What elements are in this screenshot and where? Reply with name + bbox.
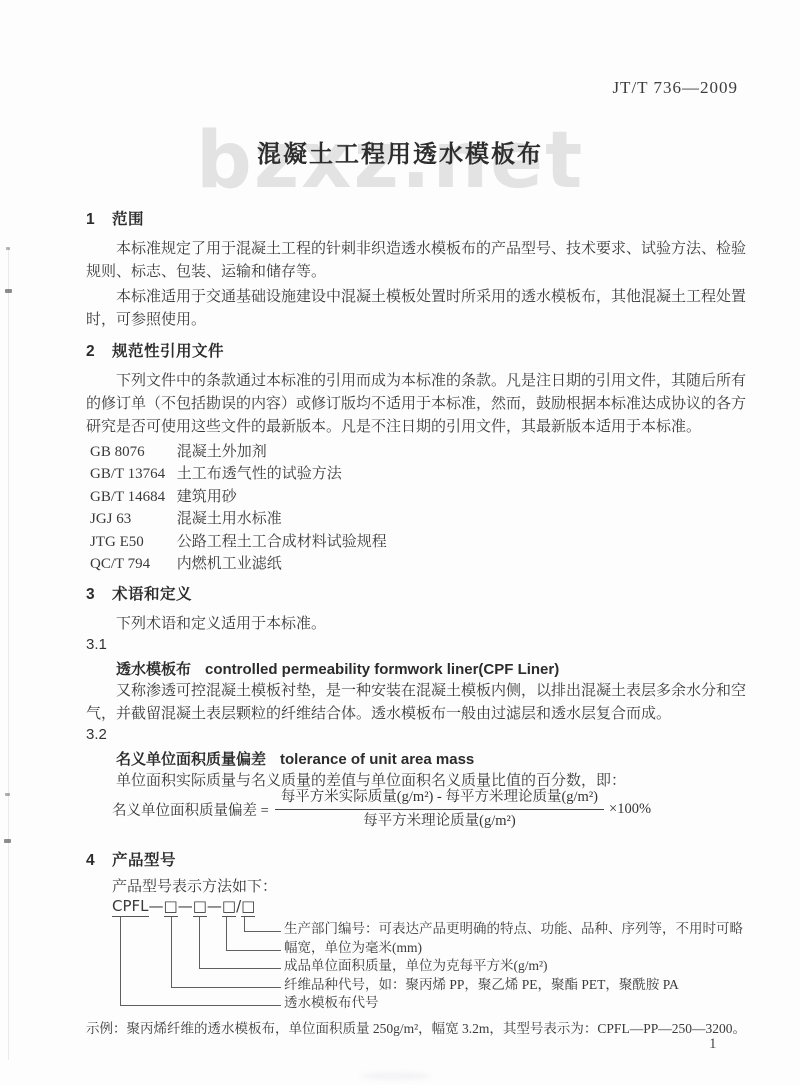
section1-heading: 1范围: [86, 207, 144, 229]
reference-row: JGJ 63 混凝土用水标准: [90, 508, 387, 530]
section3-number: 3: [86, 586, 112, 604]
reference-code: GB/T 14684: [90, 486, 173, 508]
section4-intro: 产品型号表示方法如下：: [112, 876, 732, 899]
section1-heading-text: 范围: [112, 211, 144, 228]
section3-intro: 下列术语和定义适用于本标准。: [116, 613, 736, 636]
formula-lhs: 名义单位面积质量偏差 =: [112, 799, 269, 820]
callout-fiber-code: 纤维品种代号，如：聚丙烯 PP，聚乙烯 PE，聚酯 PET，聚酰胺 PA: [284, 976, 679, 994]
reference-title: 建筑用砂: [177, 489, 237, 505]
reference-title: 土工布透气性的试验方法: [177, 466, 342, 482]
term1-english: controlled permeability formwork liner(C…: [205, 661, 559, 678]
scan-artifact-speck: [5, 289, 12, 293]
section3-heading-text: 术语和定义: [112, 586, 192, 603]
reference-code: GB/T 13764: [90, 463, 173, 485]
section2-number: 2: [86, 343, 112, 361]
reference-code: GB 8076: [90, 441, 173, 463]
page-number: 1: [709, 1036, 717, 1053]
callout-liner-code: 透水模板布代号: [284, 994, 379, 1012]
section4-heading: 4产品型号: [86, 848, 176, 870]
reference-title: 混凝土用水标准: [177, 511, 282, 527]
section1-paragraph-1: 本标准规定了用于混凝土工程的针刺非织造透水模板布的产品型号、技术要求、试验方法、…: [86, 238, 746, 284]
document-title: 混凝土工程用透水模板布: [0, 134, 800, 169]
reference-code: JTG E50: [90, 531, 173, 553]
section1-paragraph-2: 本标准适用于交通基础设施建设中混凝土模板处置时所采用的透水模板布，其他混凝土工程…: [86, 286, 746, 332]
model-box-width: □: [222, 897, 236, 917]
standard-code: JT/T 736—2009: [612, 78, 738, 98]
scan-artifact-speck: [4, 839, 11, 843]
term1-number: 3.1: [86, 636, 107, 653]
section4-heading-text: 产品型号: [112, 852, 176, 869]
reference-row: QC/T 794 内燃机工业滤纸: [90, 553, 387, 575]
formula-fraction: 每平方米实际质量(g/m²) - 每平方米理论质量(g/m²) 每平方米理论质量…: [275, 788, 604, 831]
term2-english: tolerance of unit area mass: [280, 751, 474, 768]
reference-code: JGJ 63: [90, 508, 173, 530]
reference-title: 混凝土外加剂: [177, 444, 267, 460]
reference-title: 内燃机工业滤纸: [177, 556, 282, 572]
reference-row: GB/T 13764 土工布透气性的试验方法: [90, 463, 387, 485]
model-box-dept: □: [241, 897, 255, 917]
term1-title: 透水模板布controlled permeability formwork li…: [116, 658, 559, 679]
term2-chinese: 名义单位面积质量偏差: [116, 751, 266, 768]
reference-row: JTG E50 公路工程土工合成材料试验规程: [90, 531, 387, 553]
model-dash: —: [178, 897, 193, 915]
section3-heading: 3术语和定义: [86, 582, 192, 604]
section1-number: 1: [86, 211, 112, 229]
scan-artifact-smudge: [360, 1072, 430, 1080]
callout-unit-mass: 成品单位面积质量，单位为克每平方米(g/m²): [284, 957, 548, 975]
scan-artifact-speck: [6, 247, 10, 250]
formula-numerator: 每平方米实际质量(g/m²) - 每平方米理论质量(g/m²): [275, 788, 604, 810]
callout-connector-line: [120, 916, 281, 1006]
term2-title: 名义单位面积质量偏差tolerance of unit area mass: [116, 748, 474, 769]
reference-row: GB/T 14684 建筑用砂: [90, 486, 387, 508]
callout-width: 幅宽，单位为毫米(mm): [284, 939, 422, 957]
reference-title: 公路工程土工合成材料试验规程: [177, 534, 387, 550]
model-example: 示例：聚丙烯纤维的透水模板布，单位面积质量 250g/m²，幅宽 3.2m，其型…: [86, 1017, 766, 1037]
model-prefix: CPFL: [112, 897, 149, 917]
normative-references-list: GB 8076 混凝土外加剂 GB/T 13764 土工布透气性的试验方法 GB…: [90, 441, 387, 575]
term1-definition: 又称渗透可控混凝土模板衬垫，是一种安装在混凝土模板内侧，以排出混凝土表层多余水分…: [86, 680, 746, 726]
formula-denominator: 每平方米理论质量(g/m²): [275, 810, 604, 831]
term2-number: 3.2: [86, 726, 107, 743]
model-dash: —: [149, 897, 164, 915]
term1-chinese: 透水模板布: [116, 661, 191, 678]
section2-heading-text: 规范性引用文件: [112, 343, 224, 360]
model-box-mass: □: [193, 897, 207, 917]
model-box-fiber: □: [164, 897, 178, 917]
section4-number: 4: [86, 852, 112, 870]
document-page: bzxz.net JT/T 736—2009 混凝土工程用透水模板布 1范围 本…: [0, 0, 800, 1085]
model-dash: —: [207, 897, 222, 915]
reference-row: GB 8076 混凝土外加剂: [90, 441, 387, 463]
unit-area-mass-formula: 名义单位面积质量偏差 = 每平方米实际质量(g/m²) - 每平方米理论质量(g…: [112, 788, 651, 831]
reference-code: QC/T 794: [90, 553, 173, 575]
section2-paragraph: 下列文件中的条款通过本标准的引用而成为本标准的条款。凡是注日期的引用文件，其随后…: [86, 370, 746, 439]
scan-artifact-line: [8, 248, 9, 1060]
product-model-code: CPFL—□—□—□/□: [112, 897, 255, 915]
section2-heading: 2规范性引用文件: [86, 339, 224, 361]
formula-suffix: ×100%: [609, 801, 651, 818]
callout-dept-code: 生产部门编号：可表达产品更明确的特点、功能、品种、序列等，不用时可略: [284, 920, 743, 938]
scan-artifact-speck: [5, 793, 10, 796]
